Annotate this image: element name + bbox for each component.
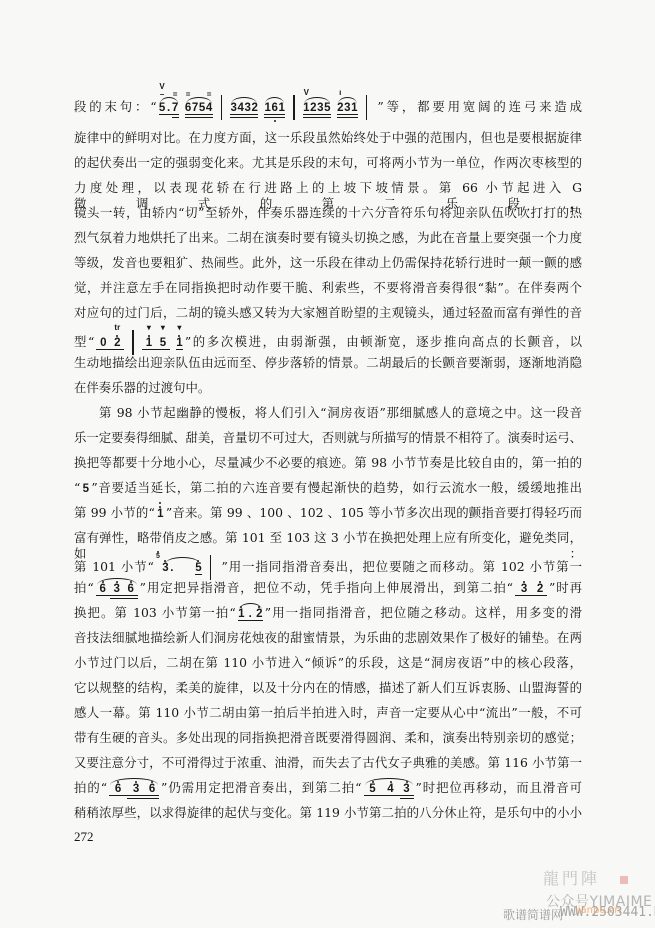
jianpu-notation: 1.2 (238, 608, 263, 620)
watermark-seal-icon (620, 876, 628, 884)
jianpu-notation: 543 (364, 783, 414, 795)
underline (185, 114, 213, 115)
note-group: ▾1 (176, 337, 183, 349)
note-digit: 5 (82, 483, 89, 495)
text-segment: ”等，都要用宽阔的连弓来造成 (377, 99, 582, 114)
note-digit: 4 (206, 102, 213, 114)
note: ▾1 (176, 337, 183, 349)
note-group: 636 (96, 583, 138, 595)
note-digit: 7 (172, 102, 179, 114)
note: ı2 (337, 102, 344, 114)
note-group: 36 (110, 583, 138, 595)
underline (109, 795, 159, 796)
note: V–5 (159, 102, 166, 114)
text-segment: ”音要适当延长，第二拍的六连音要有慢起渐快的趋势，如行云流水一般，缓缓地推出 (91, 480, 582, 495)
bar-line (210, 555, 212, 580)
underline (195, 574, 202, 575)
note-digit-high: 6 (124, 583, 138, 595)
text-line: 拍的“ 636 ”仍需用定把滑音奏出，到第二拍“ 543 ”时把位再移动，而且滑… (74, 780, 582, 796)
note-group: 5 3.5 (162, 562, 202, 574)
text-line: 烈气氛着力地烘托了出来。二胡在演奏时要有镜头切换之感，为此在音量上要突强一个力度 (74, 230, 582, 246)
jianpu-notation: 1 (157, 508, 164, 520)
document-page: 段的末句：“ V–5.=7 =675=4 3432 161 V1235 (0, 0, 655, 928)
underline (142, 349, 170, 350)
jianpu-notation: 636 (109, 783, 159, 795)
note-digit-high: 3 (515, 583, 533, 595)
text-segment: 拍的“ (74, 780, 107, 795)
underline (264, 114, 285, 115)
watermark-site-name: 歌谱简谱网 (503, 906, 563, 923)
note-digit: 5 (159, 102, 166, 114)
note-group: =7 (172, 102, 179, 114)
note-digit: 6 (185, 102, 192, 114)
note-digit: 1 (351, 102, 358, 114)
watermark-logo: 龍門陣 (543, 866, 600, 889)
note-digit-high: 5 (364, 783, 382, 795)
trill-mark: tr (114, 324, 120, 332)
underline (230, 114, 258, 115)
note-digit: 2 (310, 102, 317, 114)
underline (172, 117, 179, 118)
note-digit-high: 3 (110, 583, 124, 595)
tenuto-mark: – (160, 91, 164, 99)
text-segment: 拍“ (74, 580, 94, 595)
note-digit: 5 (199, 102, 206, 114)
text-line: 小节过门以后，二胡在第 110 小节进入“倾诉”的乐段，这是“洞房夜语”中的核心… (74, 655, 582, 671)
note: ▾5 (156, 337, 170, 349)
text-line: 段的末句：“ V–5.=7 =675=4 3432 161 V1235 (74, 95, 582, 111)
note-digit-low: 6 (271, 102, 278, 114)
rhythm-dot: . (169, 562, 175, 574)
text-line: 拍“ 636 ”用定把异指滑音，把位不动，凭手指向上伸展滑出，到第二拍“ 32 … (74, 580, 582, 596)
note-digit: 3 (317, 102, 324, 114)
jianpu-notation: 636 (96, 583, 138, 595)
text-segment: 段的末句：“ (74, 99, 157, 114)
note-digit: 1 (264, 102, 271, 114)
note-group: 36 (127, 783, 159, 795)
note-digit: 1 (303, 102, 310, 114)
note-digit-high: 2 (256, 608, 263, 620)
tremolo-mark: = (173, 91, 178, 99)
underline (264, 117, 285, 118)
text-segment: ”用一指同指滑音，把位随之移动。这样，用多变的滑 (265, 605, 582, 620)
note: V1 (303, 102, 310, 114)
text-segment: ”用定把异指滑音，把位不动，凭手指向上伸展滑出，到第二拍“ (140, 580, 513, 595)
underline (96, 349, 124, 350)
note-group: ▾1▾5 (142, 337, 170, 349)
text-segment: ”音来。第 99 、100 、102 、105 等小节多次出现的颤指音要打得轻巧… (166, 505, 582, 520)
text-segment: 第 101 小节“ (74, 559, 154, 574)
text-line: 镜头一转，由轿内“切”至轿外，伴奏乐器连续的十六分音符乐句将迎亲队伍吹吹打打的热 (74, 205, 582, 221)
underline (238, 620, 263, 621)
text-line: 对应句的过门后，二胡的镜头感又转为大家翘首盼望的主观镜头，通过轻盈而富有弹性的音 (74, 305, 582, 321)
underline (337, 114, 358, 115)
jianpu-notation: 5 (82, 483, 89, 495)
note-group: 543 (364, 783, 414, 795)
underline (400, 798, 414, 799)
text-segment: ”时再 (549, 580, 582, 595)
text-segment: ”用一指同指滑音奏出，把位要随之而移动。第 102 小节第一 (221, 559, 582, 574)
underline (110, 598, 138, 599)
jianpu-notation: 5 3.5 (162, 555, 220, 580)
note-digit: 3 (244, 102, 251, 114)
note-digit-high: 6 (145, 783, 159, 795)
underline (364, 795, 414, 796)
staccato-mark: ı (339, 89, 341, 97)
text-line: 在伴奏乐器的过渡句中。 (74, 380, 582, 396)
note-group: 3 (400, 783, 414, 795)
underline (230, 117, 258, 118)
note-digit: 7 (192, 102, 199, 114)
note-digit: 2 (337, 102, 344, 114)
accent-mark: ▾ (161, 324, 165, 332)
text-line: 型“ 0tr2 ▾1▾5 ▾1 ”的多次模进，由弱渐强，由顿渐宽，逐步推向高点的… (74, 330, 582, 346)
text-line: 换把等都要十分地小心，尽量减少不必要的痕迹。第 98 小节节奏是比较自由的，第一… (74, 455, 582, 471)
text-line: 觉，并注意左手在同指换把时动作要干脆、利索些，不要将滑音奏得很“黏”。在伴奏两个 (74, 280, 582, 296)
underline (337, 117, 358, 118)
text-segment: “ (74, 480, 80, 495)
text-segment: 换把。第 103 小节第一拍“ (74, 605, 236, 620)
note-digit-high: 2 (110, 337, 124, 349)
note-group: 1.2 (238, 608, 263, 620)
note-digit-high: 3 (127, 783, 145, 795)
text-line: 的起伏奏出一定的强弱变化来。尤其是乐段的末句，可将两小节为一单位，作两次枣核型的 (74, 155, 582, 171)
text-line: 音技法细腻地描绘新人们洞房花烛夜的甜蜜情景，为乐曲的悲剧效果作了极好的铺垫。在两 (74, 630, 582, 646)
text-line: 带有生硬的音头。多处出现的同指换把滑音既要滑得圆润、柔和，演奏出特别亲切的感觉； (74, 730, 582, 746)
note: ▾1 (142, 337, 156, 349)
text-line: 乐一定要奏得细腻、甜美，音量切不可过大，否则就与所描写的情景不相符了。演奏时运弓… (74, 430, 582, 446)
page-number: 272 (74, 829, 94, 845)
rhythm-dot: . (245, 608, 256, 620)
text-line: 富有弹性，略带俏皮之感。第 101 至 103 这 3 小节在换把处理上应有所变… (74, 530, 582, 546)
tremolo-mark: = (186, 91, 191, 99)
note-group: 3432 (230, 102, 258, 114)
bar-line (132, 330, 134, 355)
note-group: ı231 (337, 102, 358, 114)
underline (176, 349, 183, 350)
note-digit: 5 (156, 337, 170, 349)
text-line: 第 101 小节“ 5 3.5 ”用一指同指滑音奏出，把位要随之而移动。第 10… (74, 555, 582, 571)
note-digit-high: 2 (533, 583, 547, 595)
note-digit: 3 (344, 102, 351, 114)
text-segment: ”时把位再移动，而且滑音可 (416, 780, 583, 795)
text-line: 力度处理，以表现花轿在行进路上的上坡下坡情景。第 66 小节起进入 G 徵调式的… (74, 180, 582, 196)
note-group: 5 (195, 562, 202, 574)
grace-note: 5 (155, 553, 161, 560)
underline (185, 117, 213, 118)
note-digit: 1 (278, 102, 285, 114)
text-line: 等级，发音也要粗犷、热闹些。此外，这一乐段在律动上仍需保持花轿行进时一颠一颤的感 (74, 255, 582, 271)
note-digit-high: 1 (157, 508, 164, 520)
note-digit: 3 (230, 102, 237, 114)
text-line: 稍稍浓厚些，以求得旋律的起伏与变化。第 119 小节第二拍的八分休止符，是乐句中… (74, 805, 582, 821)
text-line: 第 99 小节的“1”音来。第 99 、100 、102 、105 等小节多次出… (74, 505, 582, 521)
note-digit-high: 4 (382, 783, 400, 795)
note: =6 (185, 102, 192, 114)
note: =7 (172, 102, 179, 114)
bar-line (293, 95, 295, 120)
bar-line (221, 95, 223, 120)
watermark-overlay-url: jianpu.cn (575, 905, 621, 916)
note-digit-high: 6 (109, 783, 127, 795)
underline (96, 595, 138, 596)
underline (159, 114, 179, 115)
note-group: =675=4 (185, 102, 213, 114)
bow-mark: V (304, 89, 309, 97)
note-group: 0tr2 (96, 337, 124, 349)
text-segment: 型“ (74, 334, 94, 349)
text-line: 旋律中的鲜明对比。在力度方面，这一乐段虽然始终处于中强的范围内，但也是要根据旋律 (74, 130, 582, 146)
underline (127, 798, 159, 799)
note-digit: 0 (96, 337, 110, 349)
text-line: 它以规整的结构，柔美的旋律，以及十分内在的情感，描述了新人们互诉衷肠、山盟海誓的 (74, 680, 582, 696)
note-digit: 5 (324, 102, 331, 114)
underline (303, 117, 331, 118)
text-line: 感人一幕。第 110 小节二胡由第一拍后半拍进入时，声音一定要从心中“流出”一般… (74, 705, 582, 721)
jianpu-notation: V–5.=7 =675=4 3432 161 V1235 ı231 (159, 95, 376, 120)
note: =4 (206, 102, 213, 114)
jianpu-notation: 0tr2 ▾1▾5 ▾1 (96, 330, 183, 355)
note-group: 161 (264, 102, 285, 114)
text-segment: ”仍需用定把滑音奏出，到第二拍“ (161, 780, 361, 795)
paragraph-first-line: 第 98 小节起幽静的慢板，将人们引入“洞房夜语”那细腻感人的意境之中。这一段音 (99, 405, 582, 421)
text-line: 换把。第 103 小节第一拍“ 1.2 ”用一指同指滑音，把位随之移动。这样，用… (74, 605, 582, 621)
note-digit-high: 5 (195, 562, 202, 574)
note-digit-high: 3 (162, 562, 169, 574)
text-line: 又要注意分寸，不可滑得过于浓重、油滑，而失去了古代女子典雅的美感。第 116 小… (74, 755, 582, 771)
note-group: 32 (515, 583, 547, 595)
note-digit-high: 1 (238, 608, 245, 620)
text-segment: 第 99 小节的“ (74, 505, 155, 520)
note-digit-high: 6 (96, 583, 110, 595)
bar-line (366, 95, 368, 120)
underline (515, 595, 547, 596)
accent-mark: ▾ (147, 324, 151, 332)
text-segment: ”的多次模进，由弱渐强，由顿渐宽，逐步推向高点的长颤音，以 (185, 334, 582, 349)
accent-mark: ▾ (177, 324, 181, 332)
note: tr2 (110, 337, 124, 349)
note-digit: 4 (237, 102, 244, 114)
note-digit-high: 3 (400, 783, 414, 795)
note-digit-high: 1 (142, 337, 156, 349)
note-group: 636 (109, 783, 159, 795)
text-line: 生动地描绘出迎亲队伍由远而至、停步落轿的情景。二胡最后的长颤音要渐弱，逐渐地消隐 (74, 355, 582, 371)
note-group: V1235 (303, 102, 331, 114)
note-group: V–5.=7 (159, 102, 179, 114)
note-digit: 2 (251, 102, 258, 114)
underline (303, 114, 331, 115)
jianpu-notation: 32 (515, 583, 547, 595)
note-digit-high: 1 (176, 337, 183, 349)
text-line: “5”音要适当延长，第二拍的六连音要有慢起渐快的趋势，如行云流水一般，缓缓地推出 (74, 480, 582, 496)
tremolo-mark: = (207, 91, 212, 99)
